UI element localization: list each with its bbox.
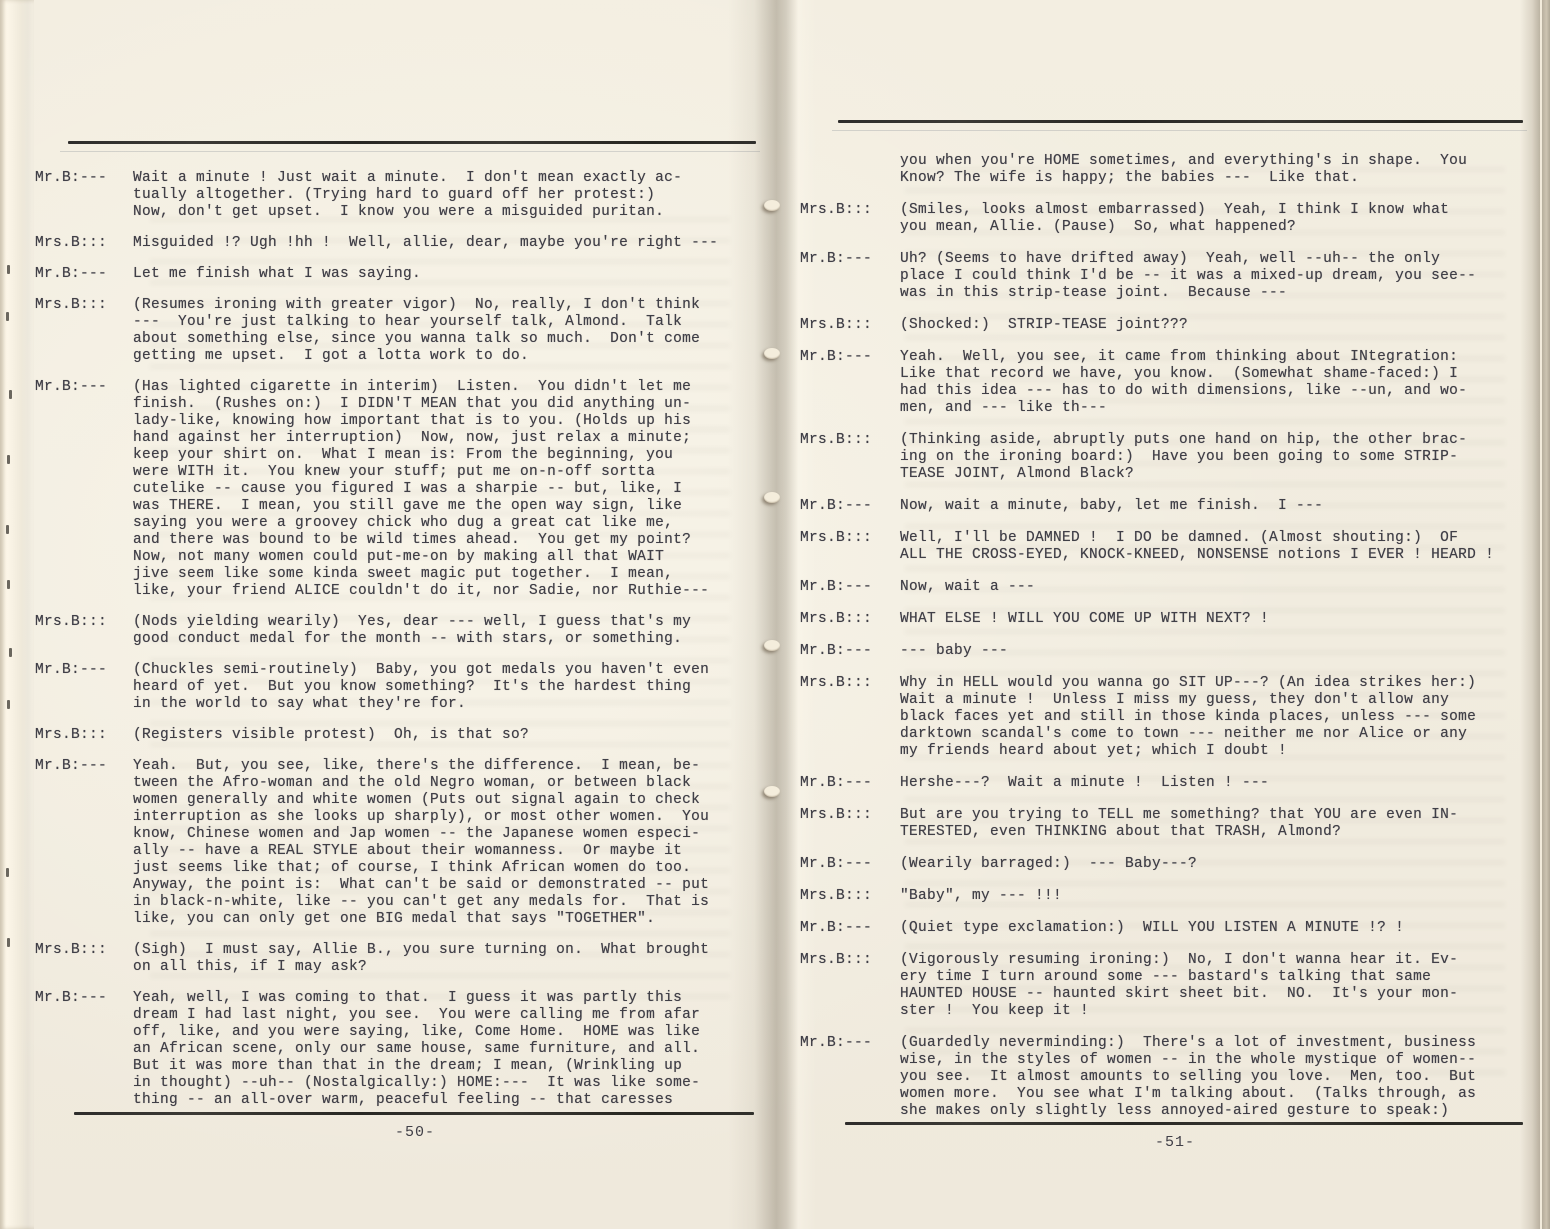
dialogue-entry: Mrs.B:::(Shocked:) STRIP-TEASE joint??? [800,317,1532,334]
dialogue-text: WHAT ELSE ! WILL YOU COME UP WITH NEXT? … [900,611,1269,628]
dialogue-text: you when you're HOME sometimes, and ever… [900,153,1467,187]
speaker-label: Mrs.B::: [800,952,900,969]
dialogue-text: Wait a minute ! Just wait a minute. I do… [133,170,682,221]
speaker-label: Mr.B:--- [800,643,900,660]
dialogue-text: (Wearily barraged:) --- Baby---? [900,856,1197,873]
speaker-label: Mr.B:--- [35,990,133,1007]
dialogue-entry: Mr.B:---(Wearily barraged:) --- Baby---? [800,856,1532,873]
dialogue-text: Uh? (Seems to have drifted away) Yeah, w… [900,251,1476,302]
dialogue-text: (Sigh) I must say, Allie B., you sure tu… [133,942,709,976]
speaker-label: Mrs.B::: [800,202,900,219]
dialogue-text: Now, wait a minute, baby, let me finish.… [900,498,1323,515]
dialogue-entry: Mr.B:---(Chuckles semi-routinely) Baby, … [35,662,757,713]
speaker-label: Mr.B:--- [800,856,900,873]
speaker-label: Mr.B:--- [35,379,133,396]
dialogue-text: Hershe---? Wait a minute ! Listen ! --- [900,775,1269,792]
left-page-top-rule-shadow [60,151,760,152]
speaker-label: Mr.B:--- [800,349,900,366]
speaker-label: Mrs.B::: [800,611,900,628]
binding-stitch [764,200,780,211]
dialogue-text: Why in HELL would you wanna go SIT UP---… [900,675,1476,760]
speaker-label: Mrs.B::: [35,614,133,631]
speaker-label: Mr.B:--- [35,266,133,283]
dialogue-text: Yeah. But, you see, like, there's the di… [133,758,709,928]
dialogue-entry: Mrs.B:::(Registers visible protest) Oh, … [35,727,757,744]
dialogue-entry: Mr.B:---Wait a minute ! Just wait a minu… [35,170,757,221]
speaker-label: Mr.B:--- [800,251,900,268]
dialogue-entry: Mr.B:---(Quiet type exclamation:) WILL Y… [800,920,1532,937]
speaker-label: Mrs.B::: [800,807,900,824]
dialogue-entry: Mr.B:------ baby --- [800,643,1532,660]
dialogue-text: Let me finish what I was saying. [133,266,421,283]
left-page-number: -50- [350,1124,480,1141]
dialogue-entry: Mr.B:---Hershe---? Wait a minute ! Liste… [800,775,1532,792]
speaker-label: Mr.B:--- [35,662,133,679]
dialogue-text: "Baby", my --- !!! [900,888,1062,905]
binding-stitch [764,786,780,797]
dialogue-entry: Mr.B:---(Guardedly neverminding:) There'… [800,1035,1532,1120]
dialogue-entry: Mr.B:---Let me finish what I was saying. [35,266,757,283]
dialogue-entry: Mr.B:---Now, wait a --- [800,579,1532,596]
dialogue-text: (Has lighted cigarette in interim) Liste… [133,379,709,600]
dialogue-text: (Shocked:) STRIP-TEASE joint??? [900,317,1188,334]
dialogue-entry: Mr.B:---Yeah. Well, you see, it came fro… [800,349,1532,417]
binding-stitch [764,492,780,503]
dialogue-text: (Resumes ironing with greater vigor) No,… [133,297,700,365]
dialogue-entry: Mrs.B:::But are you trying to TELL me so… [800,807,1532,841]
dialogue-entry: Mrs.B:::(Resumes ironing with greater vi… [35,297,757,365]
right-page-top-rule [838,120,1523,123]
speaker-label: Mrs.B::: [800,317,900,334]
speaker-label: Mrs.B::: [800,530,900,547]
speaker-label: Mr.B:--- [800,498,900,515]
speaker-label: Mr.B:--- [800,579,900,596]
dialogue-text: Misguided !? Ugh !hh ! Well, allie, dear… [133,235,718,252]
dialogue-entry: Mrs.B:::Why in HELL would you wanna go S… [800,675,1532,760]
left-page-top-rule [68,141,756,144]
dialogue-text: But are you trying to TELL me something?… [900,807,1458,841]
binding-stitch [764,348,780,359]
speaker-label: Mrs.B::: [35,727,133,744]
dialogue-entry: Mr.B:---(Has lighted cigarette in interi… [35,379,757,600]
page-edge-highlight [1540,0,1542,1229]
dialogue-text: (Smiles, looks almost embarrassed) Yeah,… [900,202,1449,236]
left-scan-edge [0,0,34,1229]
dialogue-entry: Mrs.B:::Misguided !? Ugh !hh ! Well, all… [35,235,757,252]
speaker-label: Mr.B:--- [800,775,900,792]
dialogue-text: (Registers visible protest) Oh, is that … [133,727,529,744]
dialogue-entry: Mrs.B:::"Baby", my --- !!! [800,888,1532,905]
dialogue-entry: Mrs.B:::Well, I'll be DAMNED ! I DO be d… [800,530,1532,564]
dialogue-entry: Mrs.B:::(Smiles, looks almost embarrasse… [800,202,1532,236]
dialogue-entry: Mr.B:---Uh? (Seems to have drifted away)… [800,251,1532,302]
dialogue-entry: Mr.B:---Now, wait a minute, baby, let me… [800,498,1532,515]
speaker-label: Mr.B:--- [800,920,900,937]
dialogue-entry: you when you're HOME sometimes, and ever… [800,153,1532,187]
right-page-top-rule-shadow [832,130,1527,131]
left-page-dialogue: Mr.B:---Wait a minute ! Just wait a minu… [35,170,757,1123]
speaker-label: Mrs.B::: [800,432,900,449]
dialogue-text: (Vigorously resuming ironing:) No, I don… [900,952,1458,1020]
speaker-label: Mrs.B::: [800,888,900,905]
dialogue-text: (Nods yielding wearily) Yes, dear --- we… [133,614,691,648]
left-page-bottom-rule [74,1112,754,1115]
dialogue-entry: Mrs.B:::(Thinking aside, abruptly puts o… [800,432,1532,483]
speaker-label: Mrs.B::: [35,297,133,314]
dialogue-text: (Chuckles semi-routinely) Baby, you got … [133,662,709,713]
dialogue-entry: Mrs.B:::(Sigh) I must say, Allie B., you… [35,942,757,976]
right-page-number: -51- [1110,1134,1240,1151]
dialogue-entry: Mrs.B:::(Vigorously resuming ironing:) N… [800,952,1532,1020]
dialogue-entry: Mrs.B:::WHAT ELSE ! WILL YOU COME UP WIT… [800,611,1532,628]
speaker-label: Mr.B:--- [35,758,133,775]
dialogue-text: --- baby --- [900,643,1008,660]
speaker-label: Mr.B:--- [800,1035,900,1052]
dialogue-text: (Quiet type exclamation:) WILL YOU LISTE… [900,920,1404,937]
dialogue-entry: Mr.B:---Yeah. But, you see, like, there'… [35,758,757,928]
right-page-dialogue: you when you're HOME sometimes, and ever… [800,153,1532,1135]
dialogue-text: Well, I'll be DAMNED ! I DO be damned. (… [900,530,1494,564]
dialogue-text: (Guardedly neverminding:) There's a lot … [900,1035,1476,1120]
speaker-label: Mrs.B::: [800,675,900,692]
right-page-bottom-rule [845,1122,1523,1125]
dialogue-text: Yeah. Well, you see, it came from thinki… [900,349,1467,417]
speaker-label: Mr.B:--- [35,170,133,187]
book-spread-scan: Mr.B:---Wait a minute ! Just wait a minu… [0,0,1550,1229]
dialogue-text: Now, wait a --- [900,579,1035,596]
dialogue-text: Yeah, well, I was coming to that. I gues… [133,990,700,1109]
dialogue-entry: Mr.B:---Yeah, well, I was coming to that… [35,990,757,1109]
dialogue-entry: Mrs.B:::(Nods yielding wearily) Yes, dea… [35,614,757,648]
dialogue-text: (Thinking aside, abruptly puts one hand … [900,432,1467,483]
binding-stitch [764,640,780,651]
speaker-label: Mrs.B::: [35,942,133,959]
speaker-label: Mrs.B::: [35,235,133,252]
